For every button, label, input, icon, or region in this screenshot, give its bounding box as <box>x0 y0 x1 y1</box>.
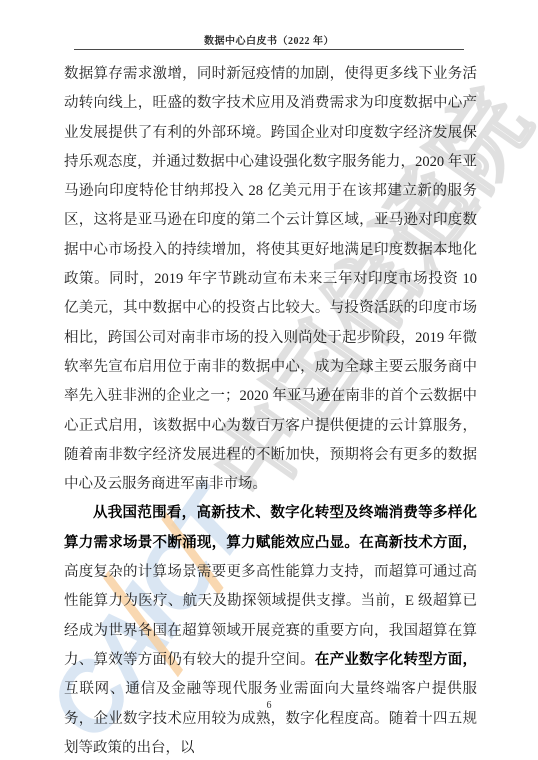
document-body: 数据算存需求激增，同时新冠疫情的加剧，使得更多线下业务活动转向线上，旺盛的数字技… <box>64 60 477 760</box>
page-header-title: 数据中心白皮书（2022 年） <box>0 32 538 47</box>
text-segment: 互联网、通信及金融等现代服务业需面向大量终端客户提供服务，企业数字技术应用较为成… <box>64 681 477 756</box>
page-number: 6 <box>0 700 538 711</box>
text-segment: 数据算存需求激增，同时新冠疫情的加剧，使得更多线下业务活动转向线上，旺盛的数字技… <box>64 66 477 492</box>
header-rule <box>74 49 464 50</box>
document-page: 数据中心白皮书（2022 年） CAICT 中国信通院 数据算存需求激增，同时新… <box>0 0 538 760</box>
paragraph: 数据算存需求激增，同时新冠疫情的加剧，使得更多线下业务活动转向线上，旺盛的数字技… <box>64 60 477 499</box>
text-segment: 在产业数字化转型方面， <box>315 652 477 668</box>
text-segment: 在高新技术方面， <box>359 535 477 551</box>
paragraph: 从我国范围看，高新技术、数字化转型及终端消费等多样化算力需求场景不断涌现，算力赋… <box>64 499 477 760</box>
